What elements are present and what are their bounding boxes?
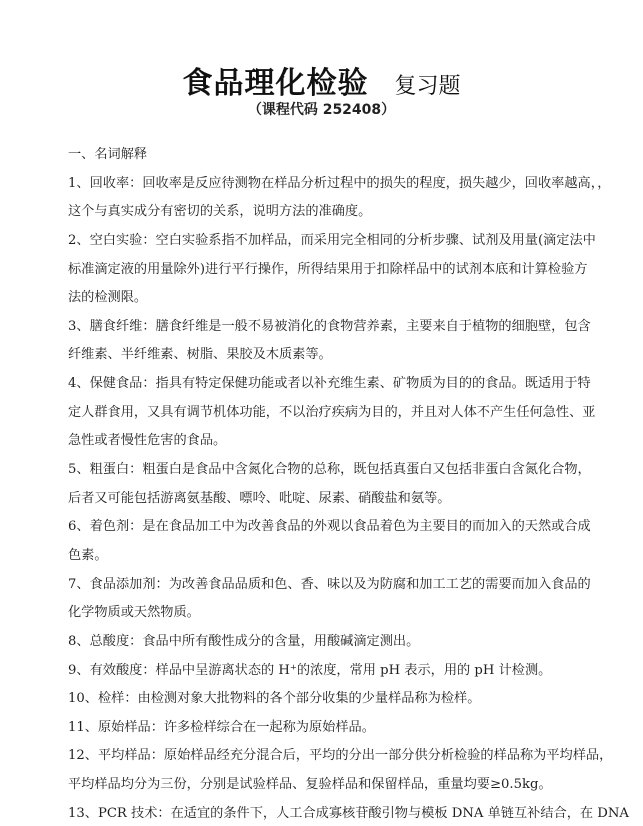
- text-line: 化学物质或天然物质。: [68, 603, 638, 632]
- text-line: 法的检测限。: [68, 288, 638, 317]
- text-line: 定人群食用，又具有调节机体功能，不以治疗疾病为目的，并且对人体不产生任何急性、亚: [68, 403, 638, 432]
- text-line: 1、回收率：回收率是反应待测物在样品分析过程中的损失的程度，损失越少，回收率越高…: [68, 174, 638, 203]
- text-line: 这个与真实成分有密切的关系，说明方法的准确度。: [68, 202, 638, 231]
- text-line: 4、保健食品：指具有特定保健功能或者以补充维生素、矿物质为目的的食品。既适用于特: [68, 374, 638, 403]
- section-heading: 一、名词解释: [68, 145, 638, 174]
- text-line: 色素。: [68, 546, 638, 575]
- text-line: 2、空白实验：空白实验系指不加样品，而采用完全相同的分析步骤、试剂及用量(滴定法…: [68, 231, 638, 260]
- text-line: 后者又可能包括游离氨基酸、嘌呤、吡啶、尿素、硝酸盐和氨等。: [68, 489, 638, 518]
- text-line: 5、粗蛋白：粗蛋白是食品中含氮化合物的总称，既包括真蛋白又包括非蛋白含氮化合物，: [68, 460, 638, 489]
- text-line: 急性或者慢性危害的食品。: [68, 431, 638, 460]
- title-subtitle: 复习题: [394, 74, 460, 99]
- text-line: 纤维素、半纤维素、树脂、果胶及木质素等。: [68, 345, 638, 374]
- text-line: 平均样品均分为三份，分别是试验样品、复验样品和保留样品，重量均要≥0.5kg。: [68, 775, 638, 804]
- text-line: 12、平均样品：原始样品经充分混合后，平均的分出一部分供分析检验的样品称为平均样…: [68, 746, 638, 775]
- document-title: 食品理化检验复习题: [0, 58, 643, 102]
- text-line: 7、食品添加剂：为改善食品品质和色、香、味以及为防腐和加工工艺的需要而加入食品的: [68, 575, 638, 604]
- course-code: （课程代码 252408）: [0, 99, 643, 119]
- text-line: 6、着色剂：是在食品加工中为改善食品的外观以食品着色为主要目的而加入的天然或合成: [68, 517, 638, 546]
- text-line: 9、有效酸度：样品中呈游离状态的 H⁺的浓度，常用 pH 表示，用的 pH 计检…: [68, 661, 638, 690]
- text-line: 11、原始样品：许多检样综合在一起称为原始样品。: [68, 718, 638, 747]
- text-line: 3、膳食纤维：膳食纤维是一般不易被消化的食物营养素，主要来自于植物的细胞壁，包含: [68, 317, 638, 346]
- text-line: 10、检样：由检测对象大批物料的各个部分收集的少量样品称为检样。: [68, 689, 638, 718]
- text-line: 13、PCR 技术：在适宜的条件下，人工合成寡核苷酸引物与模板 DNA 单链互补…: [68, 804, 638, 826]
- text-line: 标准滴定液的用量除外)进行平行操作，所得结果用于扣除样品中的试剂本底和计算检验方: [68, 260, 638, 289]
- text-line: 8、总酸度：食品中所有酸性成分的含量，用酸碱滴定测出。: [68, 632, 638, 661]
- title-main: 食品理化检验: [182, 66, 368, 101]
- document-page: 食品理化检验复习题 （课程代码 252408） 一、名词解释 1、回收率：回收率…: [0, 0, 643, 826]
- document-body: 一、名词解释 1、回收率：回收率是反应待测物在样品分析过程中的损失的程度，损失越…: [68, 145, 638, 826]
